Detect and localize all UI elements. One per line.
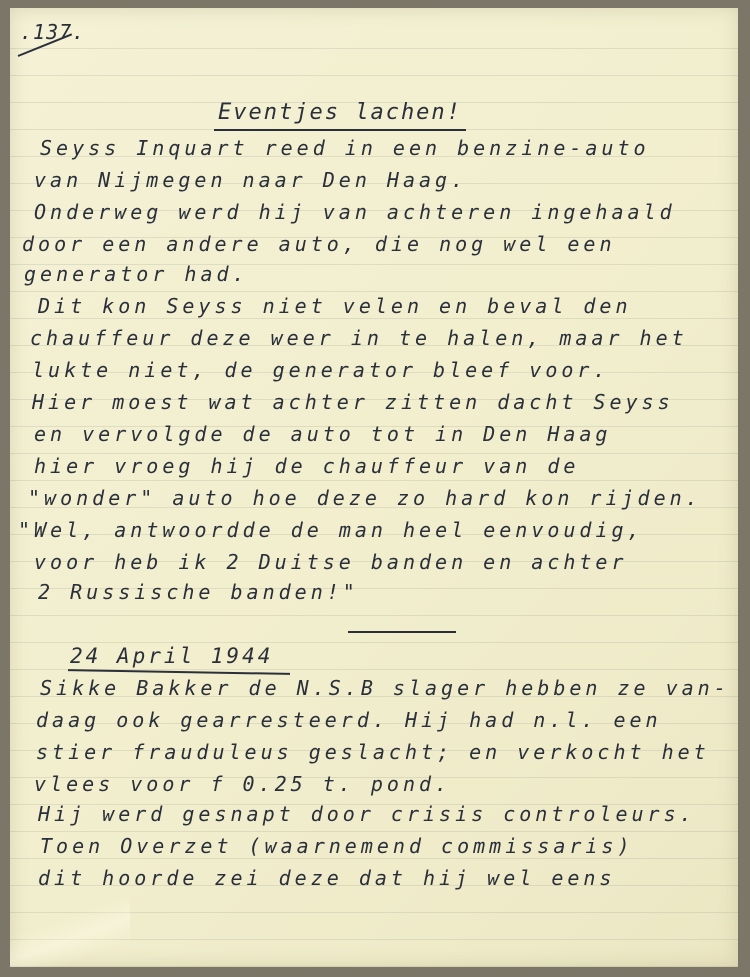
entry-line: dit hoorde zei deze dat hij wel eens (38, 866, 615, 890)
story-line: chauffeur deze weer in te halen, maar he… (30, 326, 688, 350)
story-title: Eventjes lachen! (218, 100, 462, 125)
story-line: hier vroeg hij de chauffeur van de (34, 454, 579, 478)
entry-line: vlees voor f 0.25 t. pond. (34, 772, 451, 796)
story-line: en vervolgde de auto tot in Den Haag (34, 422, 611, 446)
title-underline (214, 129, 466, 131)
story-line: Hier moest wat achter zitten dacht Seyss (32, 390, 674, 414)
entry-date: 24 April 1944 (70, 644, 273, 668)
story-line: lukte niet, de generator bleef voor. (32, 358, 609, 382)
story-line: Seyss Inquart reed in een benzine-auto (40, 136, 650, 160)
entry-line: Hij werd gesnapt door crisis controleurs… (38, 802, 696, 826)
story-line: voor heb ik 2 Duitse banden en achter (34, 550, 628, 574)
story-line: "wonder" auto hoe deze zo hard kon rijde… (28, 486, 702, 510)
story-line: "Wel, antwoordde de man heel eenvoudig, (18, 518, 644, 542)
story-line: Onderweg werd hij van achteren ingehaald (34, 200, 676, 224)
story-line: generator had. (24, 262, 249, 286)
story-line: Dit kon Seyss niet velen en beval den (38, 294, 632, 318)
entry-line: Sikke Bakker de N.S.B slager hebben ze v… (40, 676, 730, 700)
entry-line: Toen Overzet (waarnemend commissaris) (40, 834, 634, 858)
story-line: 2 Russische banden!" (38, 580, 359, 604)
section-divider (348, 631, 456, 633)
entry-line: daag ook gearresteerd. Hij had n.l. een (36, 708, 662, 732)
paper-fold (10, 887, 130, 967)
story-line: door een andere auto, die nog wel een (22, 232, 616, 256)
story-line: van Nijmegen naar Den Haag. (34, 168, 467, 192)
entry-line: stier frauduleus geslacht; en verkocht h… (36, 740, 710, 764)
